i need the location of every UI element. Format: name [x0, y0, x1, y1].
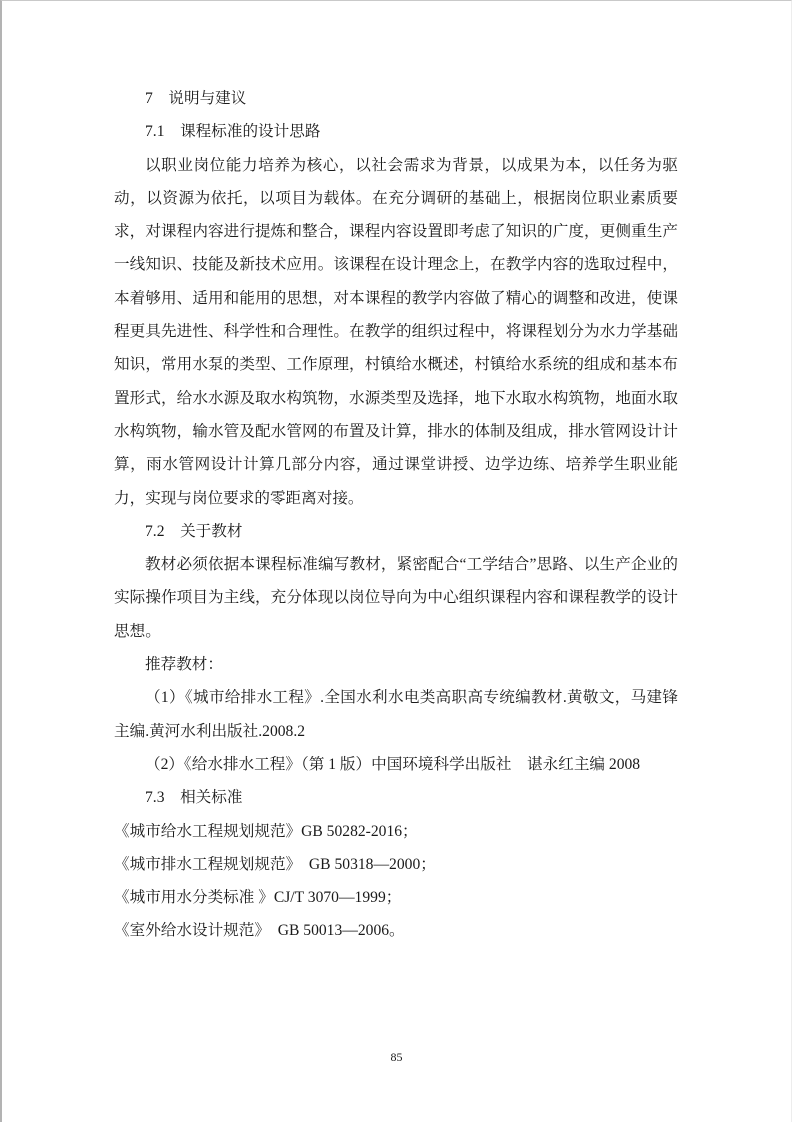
reference-item-2: （2）《给水排水工程》（第 1 版）中国环境科学出版社 谌永红主编 2008: [114, 748, 678, 781]
reference-item-1: （1）《城市给排水工程》.全国水利水电类高职高专统编教材.黄敬文，马建锋主编.黄…: [114, 681, 678, 748]
page-number: 85: [2, 1049, 791, 1065]
section-heading-7: 7 说明与建议: [114, 82, 678, 115]
paragraph-textbook-requirement: 教材必须依据本课程标准编写教材，紧密配合“工学结合”思路、以生产企业的实际操作项…: [114, 548, 678, 648]
section-heading-7-1: 7.1 课程标准的设计思路: [114, 115, 678, 148]
section-heading-7-2: 7.2 关于教材: [114, 515, 678, 548]
document-content: 7 说明与建议 7.1 课程标准的设计思路 以职业岗位能力培养为核心，以社会需求…: [114, 82, 678, 948]
document-page: 7 说明与建议 7.1 课程标准的设计思路 以职业岗位能力培养为核心，以社会需求…: [0, 0, 792, 1122]
label-recommended-textbooks: 推荐教材：: [114, 648, 678, 681]
section-heading-7-3: 7.3 相关标准: [114, 781, 678, 814]
standard-item-3: 《城市用水分类标准 》CJ/T 3070—1999；: [114, 881, 678, 914]
paragraph-design-approach: 以职业岗位能力培养为核心，以社会需求为背景，以成果为本，以任务为驱动，以资源为依…: [114, 149, 678, 515]
standard-item-2: 《城市排水工程规划规范》 GB 50318—2000；: [114, 848, 678, 881]
standard-item-1: 《城市给水工程规划规范》GB 50282-2016；: [114, 815, 678, 848]
document-viewport: { "page": { "number": "85", "background_…: [0, 0, 792, 1122]
standard-item-4: 《室外给水设计规范》 GB 50013—2006。: [114, 914, 678, 947]
